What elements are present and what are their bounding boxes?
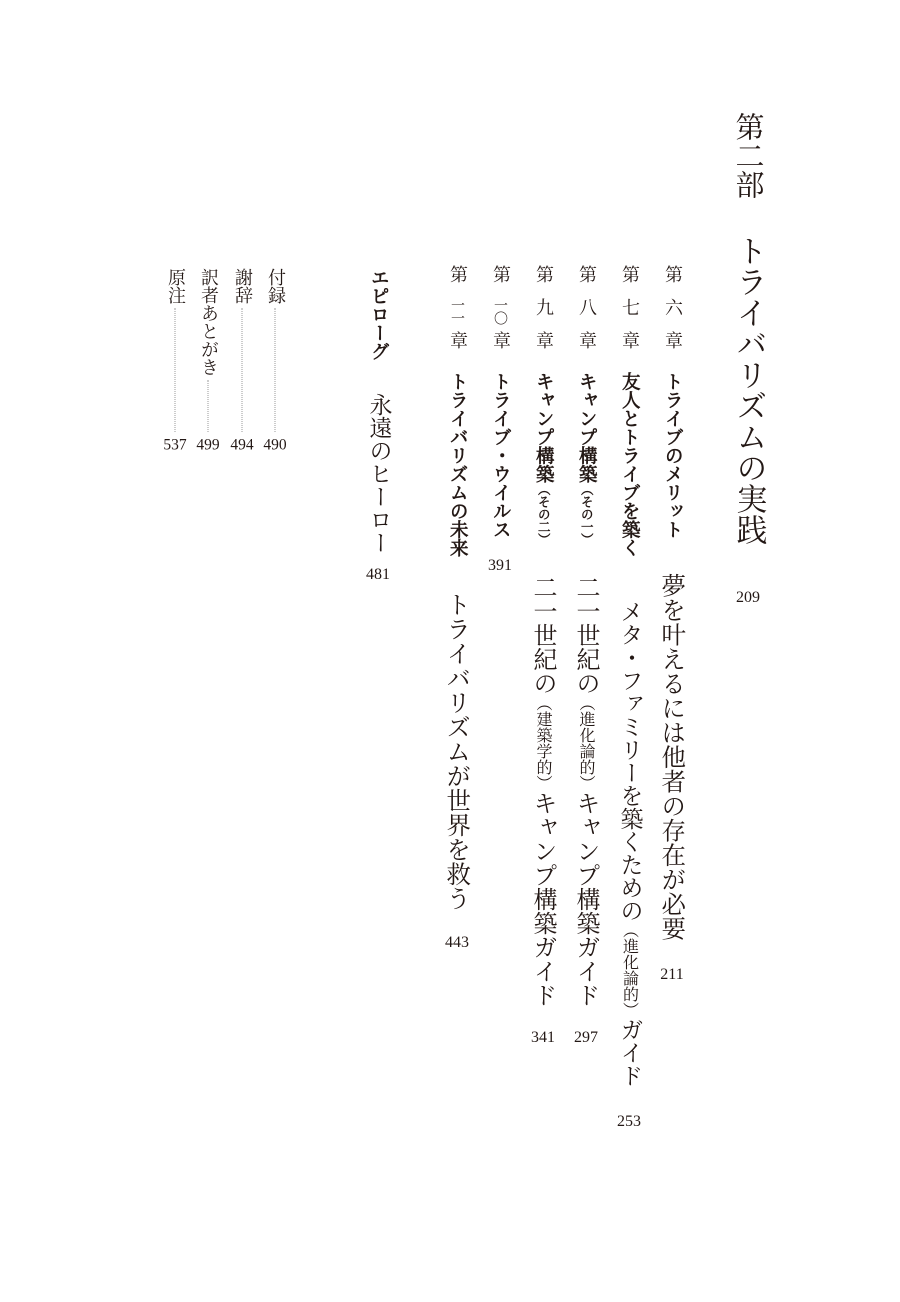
chapter-label: 第 八 章 — [574, 265, 598, 364]
chapter-label: 第 六 章 — [660, 265, 684, 364]
dot-leader — [242, 308, 243, 432]
chapter-subtitle-tail: キャンプ構築ガイド — [529, 791, 557, 1007]
chapter-subtitle-text: 二一世紀の — [572, 575, 600, 695]
back-matter-page-number: 494 — [230, 437, 253, 453]
chapter-label: 第 七 章 — [617, 265, 641, 364]
chapter-label-prefix: 第 — [620, 265, 638, 283]
chapter-subtitle-text: 二一世紀の — [529, 575, 557, 695]
chapter-number: 八 — [577, 298, 595, 316]
chapter-label: 第 一〇 章 — [488, 265, 512, 364]
chapter-number: 六 — [663, 298, 681, 316]
chapter-label-prefix: 第 — [534, 265, 552, 283]
chapter-title-note: （その一） — [579, 483, 594, 546]
chapter-label-suffix: 章 — [491, 331, 509, 349]
chapter-subtitle: 夢を叶えるには他者の存在が必要 — [660, 573, 685, 941]
back-matter-title: 訳者あとがき — [199, 268, 217, 376]
chapter-label-suffix: 章 — [620, 331, 638, 349]
chapter-subtitle: メタ・ファミリーを築くための（進化論的）ガイド — [618, 600, 641, 1087]
back-matter-page-number: 499 — [196, 437, 219, 453]
chapter-subtitle-note: （進化論的） — [621, 922, 640, 1018]
back-matter-title: 原注 — [166, 268, 184, 304]
chapter-page-number: 211 — [660, 967, 683, 983]
chapter-subtitle: トライバリズムが世界を救う — [445, 592, 470, 911]
chapter-number: 一〇 — [493, 298, 507, 324]
chapter-label-prefix: 第 — [577, 265, 595, 283]
part-label: 第二部 — [734, 112, 763, 199]
chapter-label-prefix: 第 — [663, 265, 681, 283]
chapter-title: 友人とトライブを築く — [620, 372, 639, 557]
chapter-title: トライブ・ウイルス — [491, 372, 510, 539]
chapter-number: 一一 — [450, 298, 464, 324]
epilogue-subtitle: 永遠のヒーロー — [367, 393, 390, 554]
chapter-number: 七 — [620, 298, 638, 316]
chapter-subtitle-text: トライバリズムが世界を救う — [443, 592, 472, 911]
back-matter-title: 謝辞 — [233, 268, 251, 304]
chapter-subtitle-text: 夢を叶えるには他者の存在が必要 — [658, 573, 687, 941]
chapter-label-suffix: 章 — [577, 331, 595, 349]
epilogue-title: エピローグ — [369, 268, 388, 361]
chapter-page-number: 297 — [574, 1030, 598, 1046]
dot-leader — [175, 308, 176, 432]
dot-leader — [208, 380, 209, 432]
chapter-title-note: （その二） — [536, 483, 551, 546]
chapter-page-number: 341 — [531, 1030, 555, 1046]
chapter-label-suffix: 章 — [448, 331, 466, 349]
chapter-page-number: 443 — [445, 935, 469, 951]
chapter-label: 第 一一 章 — [445, 265, 469, 364]
toc-page: 第二部 トライバリズムの実践 209 第 六 章 トライブのメリット 夢を叶える… — [0, 0, 900, 1302]
chapter-subtitle-tail: ガイド — [617, 1018, 643, 1087]
chapter-subtitle-tail: キャンプ構築ガイド — [572, 791, 600, 1007]
chapter-number: 九 — [534, 298, 552, 316]
chapter-subtitle-note: （進化論的） — [577, 695, 596, 791]
chapter-label: 第 九 章 — [531, 265, 555, 364]
chapter-subtitle-text: メタ・ファミリーを築くための — [617, 600, 643, 922]
part-page-number: 209 — [736, 590, 760, 606]
chapter-subtitle: 二一世紀の（進化論的）キャンプ構築ガイド — [574, 575, 598, 1007]
chapter-label-suffix: 章 — [534, 331, 552, 349]
chapter-title-text: キャンプ構築 — [533, 372, 554, 483]
chapter-page-number: 391 — [488, 558, 512, 574]
chapter-subtitle: 二一世紀の（建築学的）キャンプ構築ガイド — [531, 575, 555, 1007]
chapter-title: キャンプ構築（その二） — [534, 372, 553, 546]
dot-leader — [275, 308, 276, 432]
chapter-subtitle-note: （建築学的） — [534, 695, 553, 791]
chapter-label-suffix: 章 — [663, 331, 681, 349]
chapter-page-number: 253 — [617, 1114, 641, 1130]
back-matter-page-number: 490 — [263, 437, 286, 453]
chapter-title: トライバリズムの未来 — [448, 372, 467, 557]
chapter-label-prefix: 第 — [448, 265, 466, 283]
part-title: トライバリズムの実践 — [733, 235, 764, 545]
chapter-title: トライブのメリット — [663, 372, 682, 539]
back-matter-page-number: 537 — [163, 437, 186, 453]
chapter-title-text: キャンプ構築 — [576, 372, 597, 483]
back-matter-title: 付録 — [266, 268, 284, 304]
chapter-title: キャンプ構築（その一） — [577, 372, 596, 546]
chapter-label-prefix: 第 — [491, 265, 509, 283]
epilogue-page-number: 481 — [366, 567, 390, 583]
